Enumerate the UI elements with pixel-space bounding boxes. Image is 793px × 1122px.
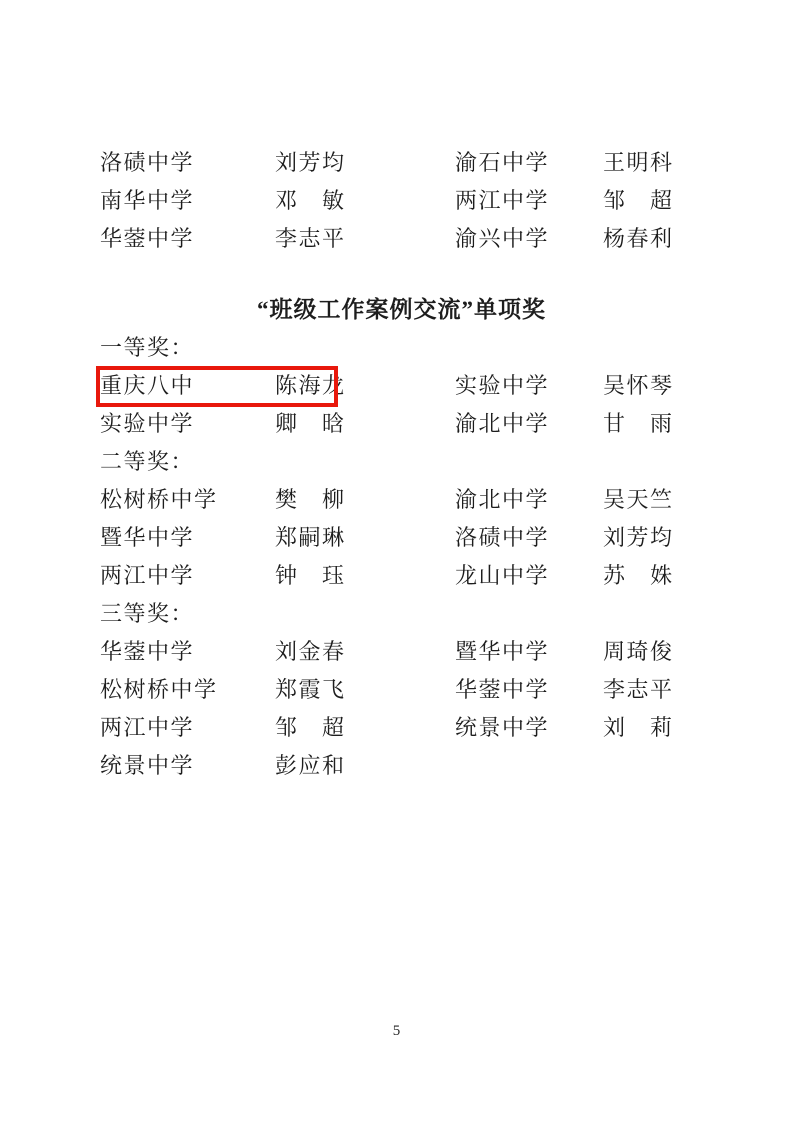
school-name: 龙山中学 (455, 557, 603, 595)
school-name: 重庆八中 (100, 367, 275, 405)
winner-name: 吴怀琴 (603, 367, 793, 405)
winner-name: 邹 超 (603, 182, 793, 220)
award-row: 两江中学 钟 珏 龙山中学 苏 姝 (0, 557, 793, 595)
school-name: 统景中学 (100, 747, 275, 785)
school-name: 华蓥中学 (100, 220, 275, 258)
award-row: 实验中学 卿 晗 渝北中学 甘 雨 (0, 405, 793, 443)
school-name: 暨华中学 (455, 633, 603, 671)
winner-name: 刘 莉 (603, 709, 793, 747)
winner-name: 卿 晗 (275, 405, 455, 443)
award-row: 松树桥中学 樊 柳 渝北中学 吴天竺 (0, 481, 793, 519)
winner-name: 陈海龙 (275, 367, 455, 405)
winner-name: 刘金春 (275, 633, 455, 671)
award-row: 华蓥中学 刘金春 暨华中学 周琦俊 (0, 633, 793, 671)
school-name: 两江中学 (100, 557, 275, 595)
school-name: 渝北中学 (455, 405, 603, 443)
winner-name: 王明科 (603, 144, 793, 182)
school-name: 渝兴中学 (455, 220, 603, 258)
school-name: 洛碛中学 (100, 144, 275, 182)
winner-name: 刘芳均 (603, 519, 793, 557)
award-row: 南华中学 邓 敏 两江中学 邹 超 (0, 182, 793, 220)
school-name: 洛碛中学 (455, 519, 603, 557)
winner-name: 李志平 (275, 220, 455, 258)
winner-name: 彭应和 (275, 747, 455, 785)
school-name: 松树桥中学 (100, 481, 275, 519)
school-name: 华蓥中学 (100, 633, 275, 671)
school-name: 实验中学 (455, 367, 603, 405)
document-page: 洛碛中学 刘芳均 渝石中学 王明科 南华中学 邓 敏 两江中学 邹 超 华蓥中学… (0, 0, 793, 1122)
page-number: 5 (0, 1020, 793, 1042)
school-name (455, 747, 603, 785)
award-row: 统景中学 彭应和 (0, 747, 793, 785)
school-name: 实验中学 (100, 405, 275, 443)
winner-name: 邹 超 (275, 709, 455, 747)
award-tier-label: 三等奖： (0, 595, 793, 633)
school-name: 华蓥中学 (455, 671, 603, 709)
winner-name: 钟 珏 (275, 557, 455, 595)
school-name: 渝石中学 (455, 144, 603, 182)
winner-name: 刘芳均 (275, 144, 455, 182)
school-name: 南华中学 (100, 182, 275, 220)
winner-name: 苏 姝 (603, 557, 793, 595)
winner-name: 周琦俊 (603, 633, 793, 671)
winner-name: 郑霞飞 (275, 671, 455, 709)
school-name: 渝北中学 (455, 481, 603, 519)
winner-name: 李志平 (603, 671, 793, 709)
winner-name: 邓 敏 (275, 182, 455, 220)
document-content: 洛碛中学 刘芳均 渝石中学 王明科 南华中学 邓 敏 两江中学 邹 超 华蓥中学… (0, 144, 793, 785)
school-name: 统景中学 (455, 709, 603, 747)
award-row: 暨华中学 郑嗣琳 洛碛中学 刘芳均 (0, 519, 793, 557)
winner-name (603, 747, 793, 785)
winner-name: 吴天竺 (603, 481, 793, 519)
award-row: 华蓥中学 李志平 渝兴中学 杨春利 (0, 220, 793, 258)
award-row: 重庆八中 陈海龙 实验中学 吴怀琴 (0, 367, 793, 405)
school-name: 暨华中学 (100, 519, 275, 557)
school-name: 两江中学 (455, 182, 603, 220)
award-row: 两江中学 邹 超 统景中学 刘 莉 (0, 709, 793, 747)
award-tier-label: 二等奖： (0, 443, 793, 481)
winner-name: 郑嗣琳 (275, 519, 455, 557)
winner-name: 杨春利 (603, 220, 793, 258)
award-tier-label: 一等奖： (0, 329, 793, 367)
winner-name: 甘 雨 (603, 405, 793, 443)
school-name: 两江中学 (100, 709, 275, 747)
award-row: 洛碛中学 刘芳均 渝石中学 王明科 (0, 144, 793, 182)
section-title: “班级工作案例交流”单项奖 (0, 291, 793, 329)
school-name: 松树桥中学 (100, 671, 275, 709)
winner-name: 樊 柳 (275, 481, 455, 519)
award-row: 松树桥中学 郑霞飞 华蓥中学 李志平 (0, 671, 793, 709)
